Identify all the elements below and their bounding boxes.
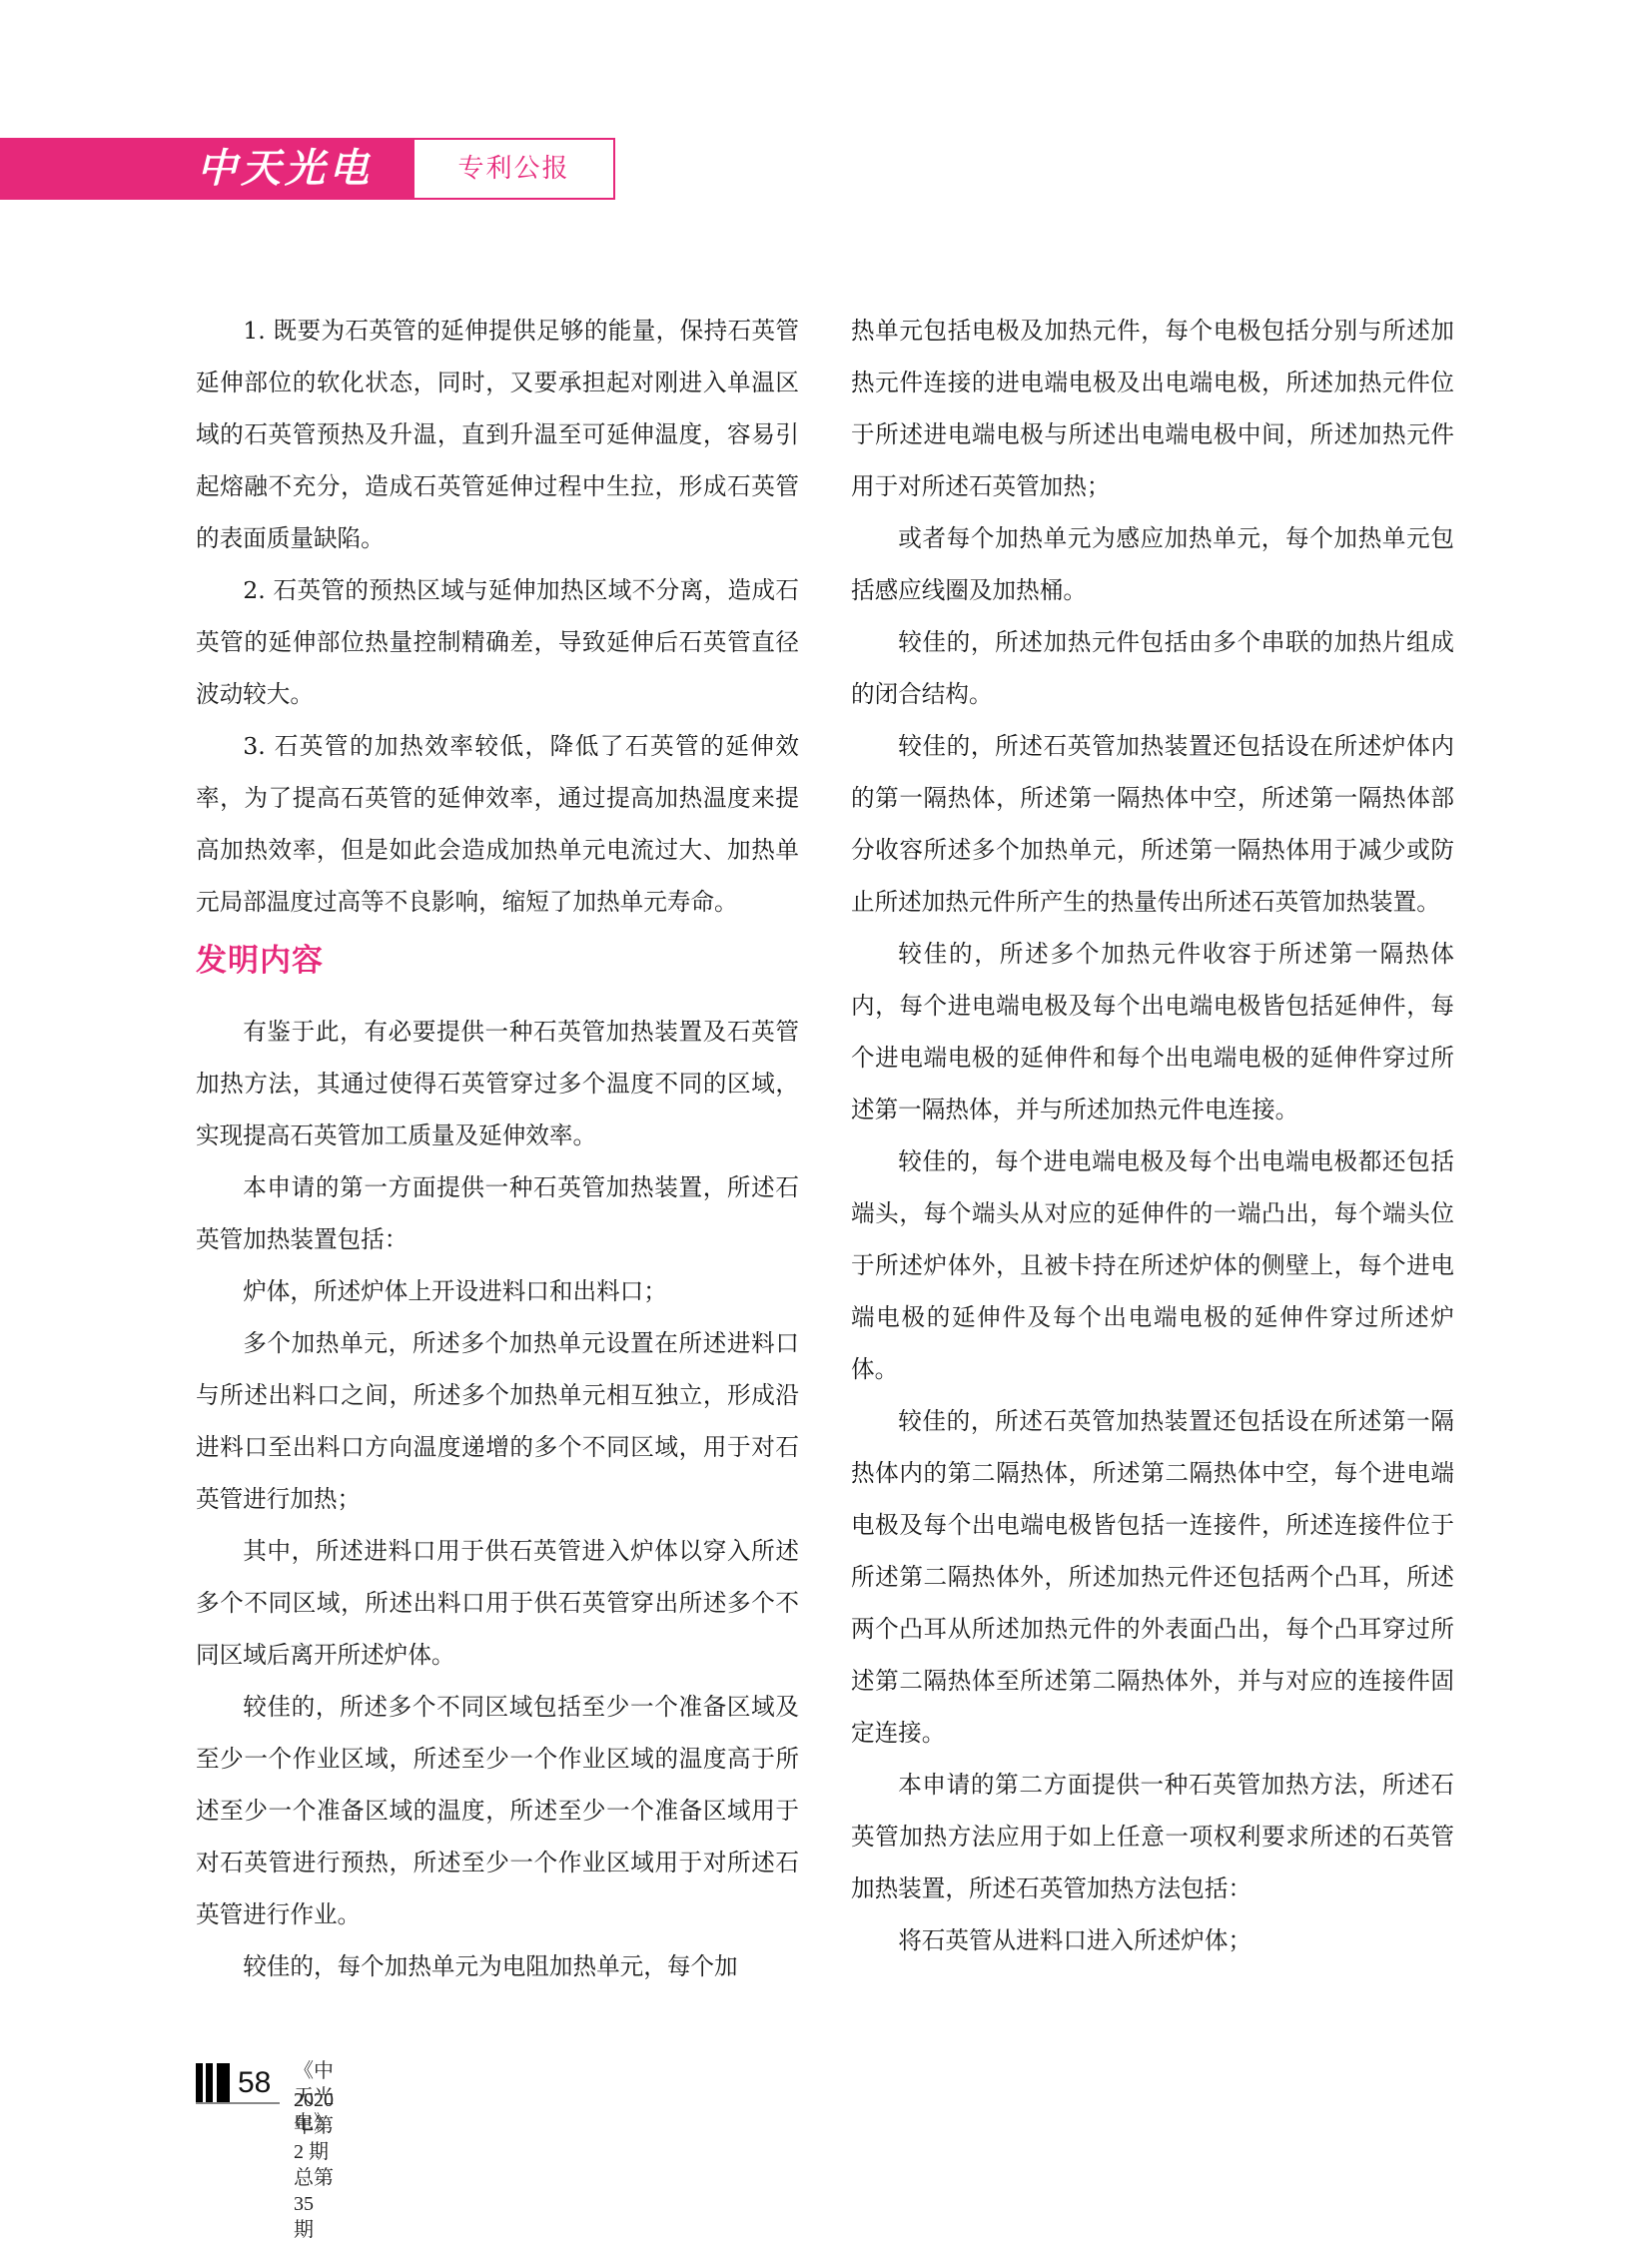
section-heading: 发明内容 bbox=[196, 928, 799, 1006]
brand-logo: 中天光电 bbox=[197, 146, 373, 192]
section-label-box: 专利公报 bbox=[413, 138, 615, 200]
paragraph: 2. 石英管的预热区域与延伸加热区域不分离，造成石英管的延伸部位热量控制精确差，… bbox=[196, 564, 799, 720]
paragraph: 较佳的，所述石英管加热装置还包括设在所述炉体内的第一隔热体，所述第一隔热体中空，… bbox=[851, 720, 1454, 928]
paragraph: 较佳的，所述加热元件包括由多个串联的加热片组成的闭合结构。 bbox=[851, 616, 1454, 720]
section-label: 专利公报 bbox=[414, 140, 613, 198]
paragraph: 有鉴于此，有必要提供一种石英管加热装置及石英管加热方法，其通过使得石英管穿过多个… bbox=[196, 1006, 799, 1161]
paragraph: 或者每个加热单元为感应加热单元，每个加热单元包括感应线圈及加热桶。 bbox=[851, 512, 1454, 616]
paragraph: 炉体，所述炉体上开设进料口和出料口； bbox=[196, 1265, 799, 1317]
paragraph: 本申请的第一方面提供一种石英管加热装置，所述石英管加热装置包括： bbox=[196, 1161, 799, 1265]
paragraph: 本申请的第二方面提供一种石英管加热方法，所述石英管加热方法应用于如上任意一项权利… bbox=[851, 1759, 1454, 1914]
header-band: 中天光电 bbox=[0, 138, 413, 200]
left-column: 1. 既要为石英管的延伸提供足够的能量，保持石英管延伸部位的软化状态，同时，又要… bbox=[196, 305, 799, 1992]
paragraph: 3. 石英管的加热效率较低，降低了石英管的延伸效率，为了提高石英管的延伸效率，通… bbox=[196, 720, 799, 928]
footer-rule bbox=[196, 2102, 280, 2104]
page-number: 58 bbox=[238, 2063, 271, 2103]
barcode-bars-icon bbox=[196, 2063, 232, 2102]
paragraph: 1. 既要为石英管的延伸提供足够的能量，保持石英管延伸部位的软化状态，同时，又要… bbox=[196, 305, 799, 564]
paragraph: 其中，所述进料口用于供石英管进入炉体以穿入所述多个不同区域，所述出料口用于供石英… bbox=[196, 1525, 799, 1681]
paragraph: 较佳的，每个进电端电极及每个出电端电极都还包括端头，每个端头从对应的延伸件的一端… bbox=[851, 1135, 1454, 1395]
right-column: 热单元包括电极及加热元件，每个电极包括分别与所述加热元件连接的进电端电极及出电端… bbox=[851, 305, 1454, 1966]
issue-info: 2020 年第 2 期 总第 35 期 bbox=[294, 2087, 334, 2241]
paragraph: 将石英管从进料口进入所述炉体； bbox=[851, 1914, 1454, 1966]
paragraph: 较佳的，所述多个不同区域包括至少一个准备区域及至少一个作业区域，所述至少一个作业… bbox=[196, 1681, 799, 1940]
paragraph-continued: 热单元包括电极及加热元件，每个电极包括分别与所述加热元件连接的进电端电极及出电端… bbox=[851, 305, 1454, 512]
paragraph: 较佳的，所述多个加热元件收容于所述第一隔热体内，每个进电端电极及每个出电端电极皆… bbox=[851, 928, 1454, 1135]
paragraph: 多个加热单元，所述多个加热单元设置在所述进料口与所述出料口之间，所述多个加热单元… bbox=[196, 1317, 799, 1525]
paragraph: 较佳的，所述石英管加热装置还包括设在所述第一隔热体内的第二隔热体，所述第二隔热体… bbox=[851, 1395, 1454, 1759]
paragraph: 较佳的，每个加热单元为电阻加热单元，每个加 bbox=[196, 1940, 799, 1992]
